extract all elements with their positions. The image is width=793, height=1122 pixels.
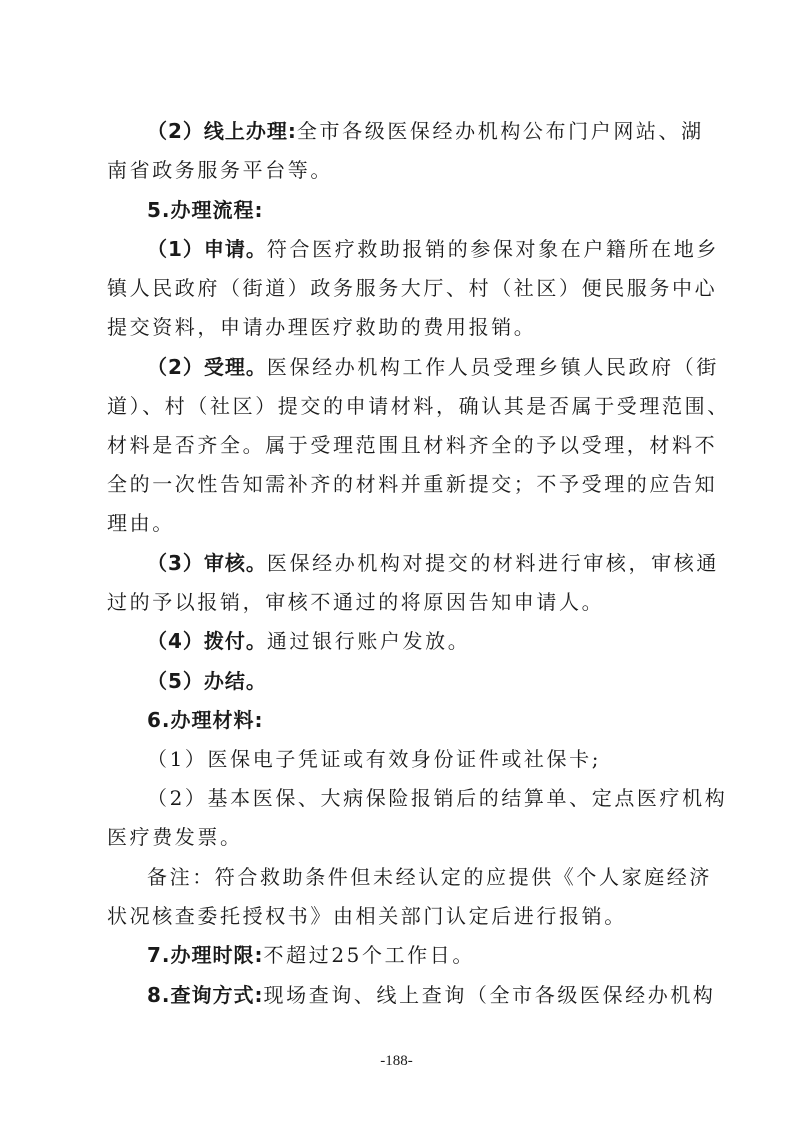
paragraph-line: 全的一次性告知需补齐的材料并重新提交；不予受理的应告知 [107,469,687,499]
section-heading-materials: 6.办理材料: [147,705,687,735]
list-item-material-1: （1）医保电子凭证或有效身份证件或社保卡; [147,744,687,774]
paragraph-line: 状况核查委托授权书》由相关部门认定后进行报销。 [107,901,687,931]
paragraph-online-handling: （2）线上办理:全市各级医保经办机构公布门户网站、湖 [147,116,687,146]
label-review: （3）审核。 [147,551,267,575]
paragraph-payment: （4）拨付。通过银行账户发放。 [147,626,687,656]
paragraph-line: 镇人民政府（街道）政务服务大厅、村（社区）便民服务中心 [107,273,687,303]
paragraph-line: 提交资料，申请办理医疗救助的费用报销。 [107,312,687,342]
page-number: -188- [0,1053,793,1070]
paragraph-time-limit: 7.办理时限:不超过25个工作日。 [147,940,687,970]
label-query-method: 8.查询方式: [147,983,264,1007]
label-time-limit: 7.办理时限: [147,943,264,967]
paragraph-line: 道）、村（社区）提交的申请材料，确认其是否属于受理范围、 [107,391,687,421]
label-payment: （4）拨付。 [147,629,267,653]
paragraph-line: 南省政务服务平台等。 [107,155,687,185]
paragraph-line: 医疗费发票。 [107,822,687,852]
document-page: （2）线上办理:全市各级医保经办机构公布门户网站、湖 南省政务服务平台等。 5.… [0,0,793,1122]
paragraph-line: 理由。 [107,508,687,538]
paragraph-query-method: 8.查询方式:现场查询、线上查询（全市各级医保经办机构 [147,980,687,1010]
paragraph-note: 备注：符合救助条件但未经认定的应提供《个人家庭经济 [147,862,687,892]
paragraph-review: （3）审核。医保经办机构对提交的材料进行审核，审核通 [147,548,687,578]
paragraph-apply: （1）申请。符合医疗救助报销的参保对象在户籍所在地乡 [147,234,687,264]
list-item-material-2: （2）基本医保、大病保险报销后的结算单、定点医疗机构 [147,783,687,813]
label-completion: （5）办结。 [147,669,267,693]
paragraph-line: 材料是否齐全。属于受理范围且材料齐全的予以受理，材料不 [107,430,687,460]
paragraph-accept: （2）受理。医保经办机构工作人员受理乡镇人民政府（街 [147,352,687,382]
label-apply: （1）申请。 [147,237,267,261]
paragraph-completion: （5）办结。 [147,666,687,696]
section-heading-process: 5.办理流程: [147,195,687,225]
label-accept: （2）受理。 [147,355,267,379]
label-online-handling: （2）线上办理: [147,119,297,143]
paragraph-line: 过的予以报销，审核不通过的将原因告知申请人。 [107,587,687,617]
